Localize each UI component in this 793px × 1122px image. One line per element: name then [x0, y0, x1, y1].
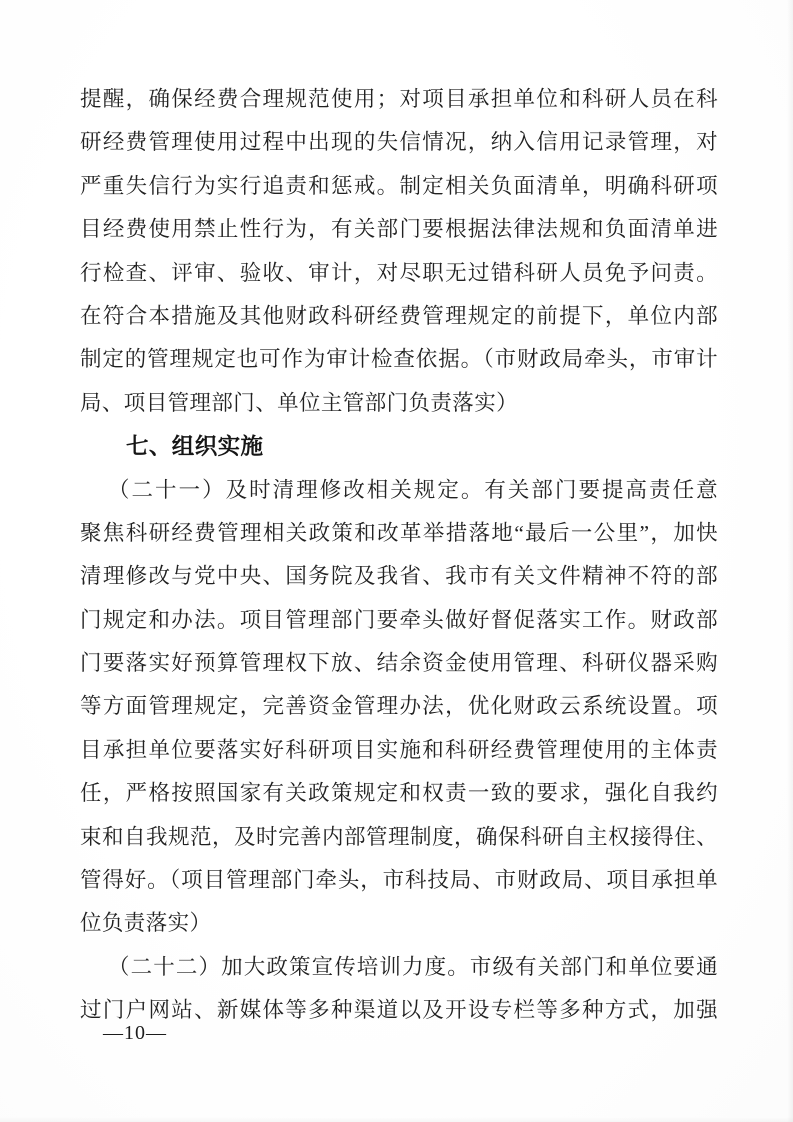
text-line: 门规定和办法。项目管理部门要牵头做好督促落实工作。财政部: [80, 599, 718, 642]
text-line: 研经费管理使用过程中出现的失信情况，纳入信用记录管理，对: [80, 121, 718, 164]
text-line: （二十二）加大政策宣传培训力度。市级有关部门和单位要通: [80, 946, 718, 989]
section-heading: 七、组织实施: [80, 425, 718, 468]
text-line: 目经费使用禁止性行为，有关部门要根据法律法规和负面清单进: [80, 208, 718, 251]
text-line: 局、项目管理部门、单位主管部门负责落实）: [80, 382, 718, 425]
text-line: 清理修改与党中央、国务院及我省、我市有关文件精神不符的部: [80, 555, 718, 598]
text-line: 目承担单位要落实好科研项目实施和科研经费管理使用的主体责: [80, 729, 718, 772]
text-line: 位负责落实）: [80, 902, 718, 945]
text-line: 任，严格按照国家有关政策规定和权责一致的要求，强化自我约: [80, 772, 718, 815]
text-line: 管得好。（项目管理部门牵头，市科技局、市财政局、项目承担单: [80, 859, 718, 902]
text-line: 门要落实好预算管理权下放、结余资金使用管理、科研仪器采购: [80, 642, 718, 685]
text-line: 等方面管理规定，完善资金管理办法，优化财政云系统设置。项: [80, 685, 718, 728]
text-line: 制定的管理规定也可作为审计检查依据。（市财政局牵头，市审计: [80, 338, 718, 381]
text-line: 严重失信行为实行追责和惩戒。制定相关负面清单，明确科研项: [80, 165, 718, 208]
text-line: 在符合本措施及其他财政科研经费管理规定的前提下，单位内部: [80, 295, 718, 338]
text-line: 束和自我规范，及时完善内部管理制度，确保科研自主权接得住、: [80, 816, 718, 859]
text-line: 行检查、评审、验收、审计，对尽职无过错科研人员免予问责。: [80, 252, 718, 295]
page-number: —10—: [103, 1020, 167, 1046]
document-text-block: 提醒，确保经费合理规范使用；对项目承担单位和科研人员在科 研经费管理使用过程中出…: [80, 78, 718, 1033]
text-line: 过门户网站、新媒体等多种渠道以及开设专栏等多种方式，加强: [80, 989, 718, 1032]
scanned-document-page: 提醒，确保经费合理规范使用；对项目承担单位和科研人员在科 研经费管理使用过程中出…: [0, 0, 793, 1122]
text-line: （二十一）及时清理修改相关规定。有关部门要提高责任意识，: [80, 469, 718, 512]
text-line: 聚焦科研经费管理相关政策和改革举措落地“最后一公里”，加快: [80, 512, 718, 555]
text-line: 提醒，确保经费合理规范使用；对项目承担单位和科研人员在科: [80, 78, 718, 121]
